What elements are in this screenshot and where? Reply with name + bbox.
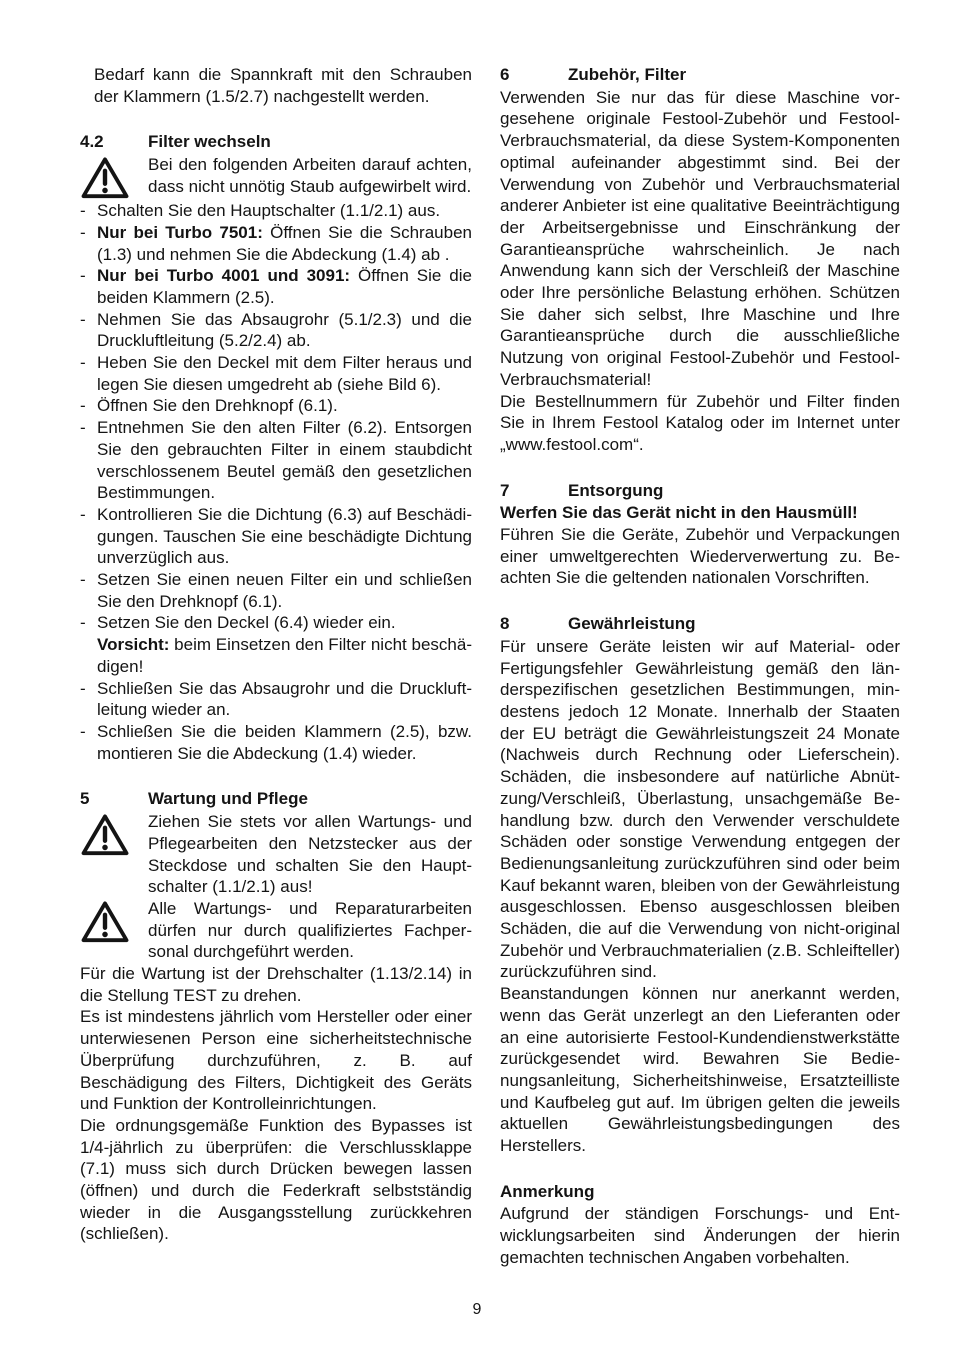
- text-columns: Bedarf kann die Spannkraft mit den Schra…: [0, 0, 954, 1269]
- right-column: 6Zubehör, FilterVerwenden Sie nur das fü…: [500, 64, 900, 1269]
- paragraph: Beanstandungen können nur anerkannt werd…: [500, 983, 900, 1157]
- paragraph: Bedarf kann die Spannkraft mit den Schra…: [80, 64, 472, 107]
- heading-title: Gewährleistung: [568, 613, 900, 635]
- list-item: -Nur bei Turbo 4001 und 3091: Öffnen Sie…: [80, 265, 472, 308]
- heading-number: 7: [500, 480, 568, 502]
- warning-note: Ziehen Sie stets vor allen Wartungs- und…: [80, 811, 472, 898]
- dash-bullet: -: [80, 200, 97, 222]
- paragraph: Führen Sie die Geräte, Zubehör und Verpa…: [500, 524, 900, 589]
- warning-triangle-icon: [80, 154, 148, 200]
- dash-bullet: -: [80, 395, 97, 417]
- list-item-text: Schalten Sie den Hauptschalter (1.1/2.1)…: [97, 200, 472, 222]
- list-item: -Heben Sie den Deckel mit dem Filter her…: [80, 352, 472, 395]
- list-item-text: Entnehmen Sie den alten Filter (6.2). En…: [97, 417, 472, 504]
- subheading: Anmerkung: [500, 1181, 900, 1203]
- heading-number: 4.2: [80, 131, 148, 153]
- section-heading: 5Wartung und Pflege: [80, 788, 472, 810]
- page-footer: 9: [0, 1301, 954, 1319]
- list-item: Vorsicht: beim Einsetzen den Filter nich…: [80, 634, 472, 677]
- list-item: -Schließen Sie die beiden Klammern (2.5)…: [80, 721, 472, 764]
- paragraph: Für die Wartung ist der Drehschalter (1.…: [80, 963, 472, 1006]
- list-item-text: Nehmen Sie das Absaugrohr (5.1/2.3) und …: [97, 309, 472, 352]
- dash-bullet: -: [80, 678, 97, 721]
- instruction-list: -Schalten Sie den Hauptschalter (1.1/2.1…: [80, 200, 472, 764]
- list-item: -Nur bei Turbo 7501: Öffnen Sie die Schr…: [80, 222, 472, 265]
- paragraph: Die Bestellnummern für Zubehör und Filte…: [500, 391, 900, 456]
- list-item-text: Vorsicht: beim Einsetzen den Filter nich…: [97, 634, 472, 677]
- list-item: -Nehmen Sie das Absaugrohr (5.1/2.3) und…: [80, 309, 472, 352]
- dash-bullet: -: [80, 352, 97, 395]
- heading-title: Zubehör, Filter: [568, 64, 900, 86]
- paragraph: Es ist mindestens jährlich vom Herstelle…: [80, 1006, 472, 1115]
- section-heading: 6Zubehör, Filter: [500, 64, 900, 86]
- section-heading: 8Gewährleistung: [500, 613, 900, 635]
- dash-bullet: -: [80, 265, 97, 308]
- section-heading: 7Entsorgung: [500, 480, 900, 502]
- heading-number: 8: [500, 613, 568, 635]
- list-item-bold-lead: Vorsicht:: [97, 635, 169, 654]
- list-item: -Entnehmen Sie den alten Filter (6.2). E…: [80, 417, 472, 504]
- list-item-text: Schließen Sie das Absaugrohr und die Dru…: [97, 678, 472, 721]
- manual-page: Bedarf kann die Spannkraft mit den Schra…: [0, 0, 954, 1351]
- list-item-text: Öffnen Sie den Drehknopf (6.1).: [97, 395, 472, 417]
- list-item-text: Nur bei Turbo 7501: Öffnen Sie die Schra…: [97, 222, 472, 265]
- dash-bullet: -: [80, 569, 97, 612]
- page-number: 9: [473, 1301, 482, 1318]
- warning-triangle-icon: [80, 898, 148, 944]
- list-item: -Setzen Sie den Deckel (6.4) wieder ein.: [80, 612, 472, 634]
- dash-bullet: -: [80, 721, 97, 764]
- list-item: -Schließen Sie das Absaugrohr und die Dr…: [80, 678, 472, 721]
- paragraph: Für unsere Geräte leisten wir auf Materi…: [500, 636, 900, 983]
- paragraph: Aufgrund der ständigen Forschungs- und E…: [500, 1203, 900, 1268]
- warning-text: Alle Wartungs- und Reparaturarbeiten dür…: [148, 898, 472, 963]
- warning-triangle-icon: [80, 811, 148, 857]
- list-item-text: Setzen Sie den Deckel (6.4) wieder ein.: [97, 612, 472, 634]
- heading-number: 6: [500, 64, 568, 86]
- dash-bullet: -: [80, 612, 97, 634]
- heading-title: Wartung und Pflege: [148, 788, 472, 810]
- section-heading: 4.2Filter wechseln: [80, 131, 472, 153]
- heading-number: 5: [80, 788, 148, 810]
- list-item-text: Heben Sie den Deckel mit dem Filter hera…: [97, 352, 472, 395]
- dash-bullet: -: [80, 222, 97, 265]
- list-item-bold-lead: Nur bei Turbo 7501:: [97, 223, 263, 242]
- list-item-text: Schließen Sie die beiden Klammern (2.5),…: [97, 721, 472, 764]
- list-item-bold-lead: Nur bei Turbo 4001 und 3091:: [97, 266, 350, 285]
- paragraph: Die ordnungsgemäße Funktion des Bypasses…: [80, 1115, 472, 1245]
- heading-title: Entsorgung: [568, 480, 900, 502]
- paragraph: Verwenden Sie nur das für diese Maschine…: [500, 87, 900, 391]
- heading-title: Filter wechseln: [148, 131, 472, 153]
- list-item: -Schalten Sie den Hauptschalter (1.1/2.1…: [80, 200, 472, 222]
- warning-note: Bei den folgenden Arbeiten darauf achten…: [80, 154, 472, 200]
- list-item-text: Setzen Sie einen neuen Filter ein und sc…: [97, 569, 472, 612]
- list-item: -Öffnen Sie den Drehknopf (6.1).: [80, 395, 472, 417]
- warning-note: Alle Wartungs- und Reparaturarbeiten dür…: [80, 898, 472, 963]
- dash-bullet: -: [80, 504, 97, 569]
- bold-paragraph: Werfen Sie das Gerät nicht in den Hausmü…: [500, 502, 900, 524]
- left-column: Bedarf kann die Spannkraft mit den Schra…: [80, 64, 472, 1269]
- dash-bullet: -: [80, 309, 97, 352]
- list-item: -Kontrollieren Sie die Dichtung (6.3) au…: [80, 504, 472, 569]
- list-item-text: Kontrollieren Sie die Dichtung (6.3) auf…: [97, 504, 472, 569]
- dash-bullet: -: [80, 417, 97, 504]
- warning-text: Bei den folgenden Arbeiten darauf achten…: [148, 154, 472, 197]
- list-item: -Setzen Sie einen neuen Filter ein und s…: [80, 569, 472, 612]
- dash-bullet: [80, 634, 97, 677]
- warning-text: Ziehen Sie stets vor allen Wartungs- und…: [148, 811, 472, 898]
- list-item-text: Nur bei Turbo 4001 und 3091: Öffnen Sie …: [97, 265, 472, 308]
